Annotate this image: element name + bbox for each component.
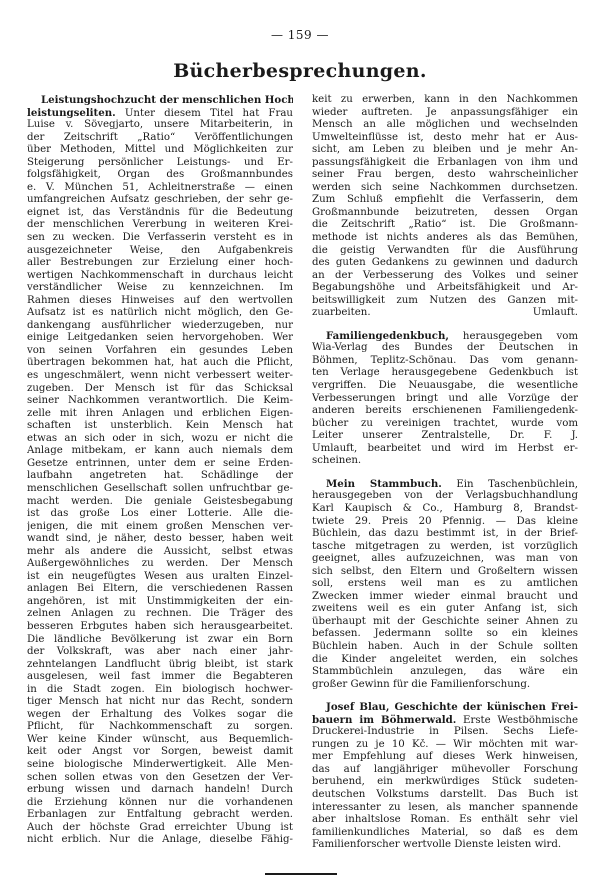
text-line: nicht erblich. Nur die Anlage, dieselbe … xyxy=(27,834,293,847)
text-line: ten Verlage herausgegebene Gedenkbuch is… xyxy=(312,367,578,380)
text-line: Pflicht, für Nachkommenschaft zu sorgen. xyxy=(27,721,293,734)
body-text: Karl Kaupisch & Co., Hamburg 8, Brandst- xyxy=(312,503,578,514)
text-line: menschlichen Gesellschaft sollen unfruch… xyxy=(27,483,293,496)
text-line: zehntelangen Landflucht übrig bleibt, is… xyxy=(27,659,293,672)
text-line: familienkundliches Material, so daß es d… xyxy=(312,827,578,840)
body-text: verständlicher Weise zu kennzeichnen. Im xyxy=(27,282,293,293)
body-text: e. V. München 51, Achleitnerstraße — ein… xyxy=(27,182,293,193)
text-line: methode ist nichts anderes als das Bemüh… xyxy=(312,232,578,245)
text-line: Verbesserungen bringt und alle Vorzüge d… xyxy=(312,393,578,406)
text-line: bücher zu vereinigen trachtet, wurde vom xyxy=(312,418,578,431)
body-text: Erbanlagen zur Entfaltung gebracht werde… xyxy=(27,809,293,820)
text-line: twiete 29. Preis 20 Pfennig. — Das klein… xyxy=(312,516,578,529)
text-line: schaften ist unsterblich. Kein Mensch ha… xyxy=(27,420,293,433)
body-text: tiger Mensch hat nicht nur das Recht, so… xyxy=(27,696,293,707)
review-heading: Mein Stammbuch. xyxy=(326,478,442,490)
text-line: zweitens weil es ein guter Anfang ist, s… xyxy=(312,603,578,616)
text-line: die Erziehung können nur die vorhandenen xyxy=(27,797,293,810)
body-text: Leiter unserer Zentralstelle, Dr. F. J. xyxy=(312,430,578,441)
text-line: des guten Gedankens zu gewinnen und dadu… xyxy=(312,257,578,270)
body-text: an der Verbesserung des Volkes und seine… xyxy=(312,270,578,281)
review-block: Familiengedenkbuch, herausgegeben vomWia… xyxy=(312,330,578,468)
text-line: ist ein neugefügtes Wesen aus uralten Ei… xyxy=(27,571,293,584)
body-text: rungen zu je 10 Kč. — Wir möchten mit wa… xyxy=(312,739,578,750)
body-text: ausgelesen, weil fast immer die Begabter… xyxy=(27,671,293,682)
text-line: Gesetze entrinnen, unter dem er seine Er… xyxy=(27,458,293,471)
text-line: herausgegeben von der Verlagsbuchhandlun… xyxy=(312,490,578,503)
text-line: sich selbst, den Eltern und Großeltern w… xyxy=(312,566,578,579)
text-line: zuarbeiten.Umlauft. xyxy=(312,307,578,320)
body-text: Auch der höchste Grad erreichter Übung i… xyxy=(27,822,293,833)
text-line: passungsfähigkeit die Erbanlagen von ihm… xyxy=(312,157,578,170)
text-line: Leiter unserer Zentralstelle, Dr. F. J. xyxy=(312,430,578,443)
body-text: mehr als andere die Aussicht, selbst etw… xyxy=(27,546,293,557)
text-line: beitswilligkeit zum Nutzen des Ganzen mi… xyxy=(312,295,578,308)
body-text: anderen bereits erschienenen Familienged… xyxy=(312,405,578,416)
body-text: menschlichen Gesellschaft sollen unfruch… xyxy=(27,483,293,494)
body-text: geeignet, alles aufzuzeichnen, was man v… xyxy=(312,553,578,564)
body-text: macht werden. Die geniale Geistesbegabun… xyxy=(27,496,293,507)
body-text: Druckerei-Industrie in Pilsen. Sechs Lie… xyxy=(312,726,578,737)
section-title: Bücherbesprechungen. xyxy=(0,60,600,82)
body-text: aber inhaltslose Roman. Es enthält sehr … xyxy=(312,814,578,825)
body-text: laufbahn angetreten hat. Schädlinge der xyxy=(27,470,293,481)
body-text: Umlauft, bearbeitet und wird im Herbst e… xyxy=(312,443,578,454)
body-text: Wer keine Kinder wünscht, aus Bequemlich… xyxy=(27,734,293,745)
text-line: angehören, ist mit Unstimmigkeiten der e… xyxy=(27,596,293,609)
text-line: Zum Schluß empfiehlt die Verfasserin, de… xyxy=(312,194,578,207)
text-line: tasche mitgetragen zu werden, ist vorzüg… xyxy=(312,541,578,554)
body-text: Büchlein, das dazu bestimmt ist, in der … xyxy=(312,528,578,539)
body-text: Pflicht, für Nachkommenschaft zu sorgen. xyxy=(27,721,293,732)
text-line: die Kinder angeleitet werden, ein solche… xyxy=(312,654,578,667)
body-text: befassen. Jedermann sollte so ein kleine… xyxy=(312,628,578,639)
body-text: schen sollen etwas von den Gesetzen der … xyxy=(27,772,293,783)
body-text: ausgezeichneter Weise, den Aufgabenkreis xyxy=(27,245,293,256)
body-text: Außergewöhnliches zu werden. Der Mensch xyxy=(27,558,293,569)
review-heading: Josef Blau, Geschichte der künischen Fre… xyxy=(326,701,578,713)
text-line: Großmannbunde beizutreten, dessen Organ xyxy=(312,207,578,220)
text-line: Karl Kaupisch & Co., Hamburg 8, Brandst- xyxy=(312,503,578,516)
text-line: aller Bestrebungen zur Erzielung einer h… xyxy=(27,257,293,270)
text-line: der menschlichen Vererbung in weiteren K… xyxy=(27,219,293,232)
body-text: Luise v. Sövegjarto, unsere Mitarbeiteri… xyxy=(27,119,293,130)
text-line: mer Empfehlung auf dieses Werk hinweisen… xyxy=(312,751,578,764)
text-line: besseren Erbgutes haben sich herausgearb… xyxy=(27,621,293,634)
text-line: großer Gewinn für die Familienforschung. xyxy=(312,679,578,692)
body-text: scheinen. xyxy=(312,455,361,466)
text-line: deutschen Volkstums darstellt. Das Buch … xyxy=(312,789,578,802)
text-line: Josef Blau, Geschichte der künischen Fre… xyxy=(312,701,578,714)
text-line: zelle mit ihren Anlagen und erblichen Ei… xyxy=(27,408,293,421)
body-text: soll, erstens weil man es zu amtlichen xyxy=(312,578,578,589)
text-line: Familiengedenkbuch, herausgegeben vom xyxy=(312,330,578,343)
body-text: folgsfähigkeit, Organ des Großmannbundes xyxy=(27,169,293,180)
body-text: zehntelangen Landflucht übrig bleibt, is… xyxy=(27,659,293,670)
body-text: Aufsatz ist es natürlich nicht möglich, … xyxy=(27,307,293,318)
text-line: übertragen bekommen hat, hat auch die Pf… xyxy=(27,357,293,370)
body-text: keit zu erwerben, kann in den Nachkommen xyxy=(312,94,578,105)
end-rule-divider xyxy=(265,873,337,875)
body-text: wieder auftreten. Je anpassungsfähiger e… xyxy=(312,107,578,118)
text-line: seiner Nachkommen verantwortlich. Die Ke… xyxy=(27,395,293,408)
text-line: wertigen Nachkommenschaft in durchaus le… xyxy=(27,270,293,283)
body-text: ist ein neugefügtes Wesen aus uralten Ei… xyxy=(27,571,293,582)
text-line: geeignet, alles aufzuzeichnen, was man v… xyxy=(312,553,578,566)
body-text: die Kinder angeleitet werden, ein solche… xyxy=(312,654,578,665)
body-text: Großmannbunde beizutreten, dessen Organ xyxy=(312,207,578,218)
text-line: etwas an sich oder in sich, wozu er nich… xyxy=(27,433,293,446)
text-line: einige Leitgedanken seien hervorgehoben.… xyxy=(27,332,293,345)
text-line: die Zeitschrift „Ratio“ ist. Die Großman… xyxy=(312,219,578,232)
text-line: überhaupt mit der Geschichte seiner Ahne… xyxy=(312,616,578,629)
text-line: über Methoden, Mittel und Möglichkeiten … xyxy=(27,144,293,157)
text-line: erbung wissen und darnach handeln! Durch xyxy=(27,784,293,797)
body-text: über Methoden, Mittel und Möglichkeiten … xyxy=(27,144,293,155)
text-line: der Volkskraft, was aber nach einer jahr… xyxy=(27,646,293,659)
text-line: ausgelesen, weil fast immer die Begabter… xyxy=(27,671,293,684)
text-line: Luise v. Sövegjarto, unsere Mitarbeiteri… xyxy=(27,119,293,132)
text-line: Begabungshöhe und Arbeitsfähigkeit und A… xyxy=(312,282,578,295)
body-text: Steigerung persönlicher Leistungs- und E… xyxy=(27,157,293,168)
body-text: interessanter zu lesen, als mancher span… xyxy=(312,802,578,813)
text-line: sicht, am Leben zu bleiben und je mehr A… xyxy=(312,144,578,157)
text-line: wegen der Erhaltung des Volkes sogar die xyxy=(27,709,293,722)
body-text: Familienforscher wertvolle Dienste leist… xyxy=(312,839,561,850)
text-line: Wia-Verlag des Bundes der Deutschen in xyxy=(312,342,578,355)
body-text: beitswilligkeit zum Nutzen des Ganzen mi… xyxy=(312,295,578,306)
text-line: soll, erstens weil man es zu amtlichen xyxy=(312,578,578,591)
body-text: wegen der Erhaltung des Volkes sogar die xyxy=(27,709,293,720)
body-text: die geistig Verwandten für die Ausführun… xyxy=(312,245,578,256)
body-text: überhaupt mit der Geschichte seiner Ahne… xyxy=(312,616,578,627)
body-text: Begabungshöhe und Arbeitsfähigkeit und A… xyxy=(312,282,578,293)
text-line: zugeben. Der Mensch ist für das Schicksa… xyxy=(27,383,293,396)
body-text: sicht, am Leben zu bleiben und je mehr A… xyxy=(312,144,578,155)
page-number: — 159 — xyxy=(0,28,600,42)
text-line: Leistungshochzucht der menschlichen Hoch… xyxy=(27,94,293,107)
body-text: zugeben. Der Mensch ist für das Schicksa… xyxy=(27,383,293,394)
text-line: Mensch an alle möglichen und wechselnden xyxy=(312,119,578,132)
text-line: Mein Stammbuch. Ein Taschenbüchlein, xyxy=(312,478,578,491)
body-text: twiete 29. Preis 20 Pfennig. — Das klein… xyxy=(312,516,578,527)
body-text: großer Gewinn für die Familienforschung. xyxy=(312,679,530,690)
text-line: eignet ist, das Verständnis für die Bede… xyxy=(27,207,293,220)
text-line: Außergewöhnliches zu werden. Der Mensch xyxy=(27,558,293,571)
paragraph-gap xyxy=(312,468,578,478)
text-line: Druckerei-Industrie in Pilsen. Sechs Lie… xyxy=(312,726,578,739)
text-line: aber inhaltslose Roman. Es enthält sehr … xyxy=(312,814,578,827)
text-line: in die Stadt zogen. Ein biologisch hochw… xyxy=(27,684,293,697)
body-text: wertigen Nachkommenschaft in durchaus le… xyxy=(27,270,293,281)
text-line: rungen zu je 10 Kč. — Wir möchten mit wa… xyxy=(312,739,578,752)
body-text: passungsfähigkeit die Erbanlagen von ihm… xyxy=(312,157,578,168)
text-line: an der Verbesserung des Volkes und seine… xyxy=(312,270,578,283)
body-text: zuarbeiten. xyxy=(312,307,371,318)
text-line: schen sollen etwas von den Gesetzen der … xyxy=(27,772,293,785)
body-text: des guten Gedankens zu gewinnen und dadu… xyxy=(312,257,578,268)
body-text: etwas an sich oder in sich, wozu er nich… xyxy=(27,433,293,444)
text-line: Büchlein, das dazu bestimmt ist, in der … xyxy=(312,528,578,541)
body-text: Umwelteinflüsse ist, desto mehr hat er A… xyxy=(312,132,578,143)
body-text: mer Empfehlung auf dieses Werk hinweisen… xyxy=(312,751,578,762)
body-text: übertragen bekommen hat, hat auch die Pf… xyxy=(27,357,293,368)
text-line: e. V. München 51, Achleitnerstraße — ein… xyxy=(27,182,293,195)
text-line: macht werden. Die geniale Geistesbegabun… xyxy=(27,496,293,509)
body-text: werden sich seine Nachkommen durchsetzen… xyxy=(312,182,578,193)
text-line: bauern im Böhmerwald. Erste Westböhmisch… xyxy=(312,714,578,727)
text-line: sen zu wecken. Die Verfasserin versteht … xyxy=(27,232,293,245)
text-line: seiner Frau bergen, desto wahrscheinlich… xyxy=(312,169,578,182)
body-text: methode ist nichts anderes als das Bemüh… xyxy=(312,232,578,243)
body-text: anlagen Bei Eltern, die verschiedenen Ra… xyxy=(27,583,293,594)
body-text: aller Bestrebungen zur Erzielung einer h… xyxy=(27,257,293,268)
body-text: zelnen Anlagen zu rechnen. Die Träger de… xyxy=(27,608,293,619)
body-text: Verbesserungen bringt und alle Vorzüge d… xyxy=(312,393,578,404)
body-text: keit oder Angst vor Sorgen, beweist dami… xyxy=(27,746,293,757)
paragraph-gap xyxy=(312,691,578,701)
body-text: wandt sind, je näher, desto besser, habe… xyxy=(27,533,293,544)
body-text: Wia-Verlag des Bundes der Deutschen in xyxy=(312,342,578,353)
text-line: interessanter zu lesen, als mancher span… xyxy=(312,802,578,815)
text-line: Steigerung persönlicher Leistungs- und E… xyxy=(27,157,293,170)
body-text: seine biologische Minderwertigkeit. Alle… xyxy=(27,759,293,770)
left-column: Leistungshochzucht der menschlichen Hoch… xyxy=(27,94,293,847)
text-line: Erbanlagen zur Entfaltung gebracht werde… xyxy=(27,809,293,822)
body-text: schaften ist unsterblich. Kein Mensch ha… xyxy=(27,420,293,431)
text-line: Stammbüchlein anzulegen, das wäre ein xyxy=(312,666,578,679)
body-text: deutschen Volkstums darstellt. Das Buch … xyxy=(312,789,578,800)
right-column: keit zu erwerben, kann in den Nachkommen… xyxy=(312,94,578,852)
text-line: beruhend, ein merkwürdiges Stück sudeten… xyxy=(312,776,578,789)
review-block: keit zu erwerben, kann in den Nachkommen… xyxy=(312,94,578,320)
text-line: tiger Mensch hat nicht nur das Recht, so… xyxy=(27,696,293,709)
body-text: umfangreichen Aufsatz geschrieben, der s… xyxy=(27,194,293,205)
body-text: jenigen, die mit einem großen Menschen v… xyxy=(27,521,293,532)
body-text: das auf langjähriger mühevoller Forschun… xyxy=(312,764,578,775)
body-text: eignet ist, das Verständnis für die Bede… xyxy=(27,207,293,218)
body-text: herausgegeben vom xyxy=(449,331,578,342)
body-text: Büchlein haben. Auch in der Schule sollt… xyxy=(312,641,578,652)
text-line: seine biologische Minderwertigkeit. Alle… xyxy=(27,759,293,772)
body-text: Böhmen, Teplitz-Schönau. Das vom genann- xyxy=(312,355,578,366)
body-text: sich selbst, den Eltern und Großeltern w… xyxy=(312,566,578,577)
text-line: Anlage mitbekam, er kann auch niemals de… xyxy=(27,445,293,458)
body-text: Unter diesem Titel hat Frau xyxy=(116,108,293,119)
text-line: Büchlein haben. Auch in der Schule sollt… xyxy=(312,641,578,654)
text-line: es ungeschmälert, wenn nicht verbessert … xyxy=(27,370,293,383)
text-line: Umwelteinflüsse ist, desto mehr hat er A… xyxy=(312,132,578,145)
body-text: die Zeitschrift „Ratio“ ist. Die Großman… xyxy=(312,219,578,230)
text-line: befassen. Jedermann sollte so ein kleine… xyxy=(312,628,578,641)
body-text: bücher zu vereinigen trachtet, wurde vom xyxy=(312,418,578,429)
body-text: erbung wissen und darnach handeln! Durch xyxy=(27,784,293,795)
body-text: ten Verlage herausgegebene Gedenkbuch is… xyxy=(312,367,578,378)
body-text: seiner Frau bergen, desto wahrscheinlich… xyxy=(312,169,578,180)
body-text: nicht erblich. Nur die Anlage, dieselbe … xyxy=(27,834,293,845)
body-text: angehören, ist mit Unstimmigkeiten der e… xyxy=(27,596,293,607)
text-line: Die ländliche Bevölkerung ist zwar ein B… xyxy=(27,634,293,647)
body-text: Ein Taschenbüchlein, xyxy=(442,479,578,490)
text-line: mehr als andere die Aussicht, selbst etw… xyxy=(27,546,293,559)
text-line: scheinen. xyxy=(312,455,578,468)
text-line: wieder auftreten. Je anpassungsfähiger e… xyxy=(312,107,578,120)
body-text: Erste Westböhmische xyxy=(456,715,578,726)
text-line: vergriffen. Die Neuausgabe, die wesentli… xyxy=(312,380,578,393)
body-text: der Zeitschrift „Ratio“ Veröffentlichung… xyxy=(27,132,293,143)
body-text: Mensch an alle möglichen und wechselnden xyxy=(312,119,578,130)
body-text: tasche mitgetragen zu werden, ist vorzüg… xyxy=(312,541,578,552)
text-line: anlagen Bei Eltern, die verschiedenen Ra… xyxy=(27,583,293,596)
body-text: der menschlichen Vererbung in weiteren K… xyxy=(27,219,293,230)
text-line: Böhmen, Teplitz-Schönau. Das vom genann- xyxy=(312,355,578,368)
text-line: Auch der höchste Grad erreichter Übung i… xyxy=(27,822,293,835)
body-text: dankengang ausführlicher wiederzugeben, … xyxy=(27,320,293,331)
body-text: in die Stadt zogen. Ein biologisch hochw… xyxy=(27,684,293,695)
body-text: es ungeschmälert, wenn nicht verbessert … xyxy=(27,370,293,381)
text-line: dankengang ausführlicher wiederzugeben, … xyxy=(27,320,293,333)
text-line: Familienforscher wertvolle Dienste leist… xyxy=(312,839,578,852)
text-line: ist das große Los einer Lotterie. Alle d… xyxy=(27,508,293,521)
body-text: Die ländliche Bevölkerung ist zwar ein B… xyxy=(27,634,293,645)
body-text: Stammbüchlein anzulegen, das wäre ein xyxy=(312,666,578,677)
text-line: zelnen Anlagen zu rechnen. Die Träger de… xyxy=(27,608,293,621)
body-text: einige Leitgedanken seien hervorgehoben.… xyxy=(27,332,293,343)
text-line: leistungseliten. Unter diesem Titel hat … xyxy=(27,107,293,120)
text-line: laufbahn angetreten hat. Schädlinge der xyxy=(27,470,293,483)
body-text: die Erziehung können nur die vorhandenen xyxy=(27,797,293,808)
body-text: seiner Nachkommen verantwortlich. Die Ke… xyxy=(27,395,293,406)
review-heading: Familiengedenkbuch, xyxy=(326,330,449,342)
body-text: zweitens weil es ein guter Anfang ist, s… xyxy=(312,603,578,614)
body-text: Anlage mitbekam, er kann auch niemals de… xyxy=(27,445,293,456)
text-line: von seinen Vorfahren ein gesundes Leben xyxy=(27,345,293,358)
review-block: Josef Blau, Geschichte der künischen Fre… xyxy=(312,701,578,852)
body-text: besseren Erbgutes haben sich herausgearb… xyxy=(27,621,293,632)
review-heading: Leistungshochzucht der menschlichen Hoch… xyxy=(41,94,293,106)
body-text: herausgegeben von der Verlagsbuchhandlun… xyxy=(312,490,578,501)
text-line: ausgezeichneter Weise, den Aufgabenkreis xyxy=(27,245,293,258)
text-line: Zwecken immer wieder einmal braucht und xyxy=(312,591,578,604)
text-line: Rahmen dieses Hinweises auf den wertvoll… xyxy=(27,295,293,308)
body-text: vergriffen. Die Neuausgabe, die wesentli… xyxy=(312,380,578,391)
review-heading: leistungseliten. xyxy=(27,107,116,119)
body-text: der Volkskraft, was aber nach einer jahr… xyxy=(27,646,293,657)
body-text: Rahmen dieses Hinweises auf den wertvoll… xyxy=(27,295,293,306)
text-line: der Zeitschrift „Ratio“ Veröffentlichung… xyxy=(27,132,293,145)
body-text: Zum Schluß empfiehlt die Verfasserin, de… xyxy=(312,194,578,205)
text-line: wandt sind, je näher, desto besser, habe… xyxy=(27,533,293,546)
body-text: familienkundliches Material, so daß es d… xyxy=(312,827,578,838)
body-text: Gesetze entrinnen, unter dem er seine Er… xyxy=(27,458,293,469)
text-line: folgsfähigkeit, Organ des Großmannbundes xyxy=(27,169,293,182)
text-line: Aufsatz ist es natürlich nicht möglich, … xyxy=(27,307,293,320)
reviewer-signature: Umlauft. xyxy=(533,307,578,320)
paragraph-gap xyxy=(312,320,578,330)
text-line: verständlicher Weise zu kennzeichnen. Im xyxy=(27,282,293,295)
text-line: Wer keine Kinder wünscht, aus Bequemlich… xyxy=(27,734,293,747)
text-line: Umlauft, bearbeitet und wird im Herbst e… xyxy=(312,443,578,456)
text-line: jenigen, die mit einem großen Menschen v… xyxy=(27,521,293,534)
review-block: Mein Stammbuch. Ein Taschenbüchlein,hera… xyxy=(312,478,578,691)
body-text: ist das große Los einer Lotterie. Alle d… xyxy=(27,508,293,519)
body-text: beruhend, ein merkwürdiges Stück sudeten… xyxy=(312,776,578,787)
text-line: das auf langjähriger mühevoller Forschun… xyxy=(312,764,578,777)
review-heading: bauern im Böhmerwald. xyxy=(312,714,456,726)
text-line: keit oder Angst vor Sorgen, beweist dami… xyxy=(27,746,293,759)
body-text: zelle mit ihren Anlagen und erblichen Ei… xyxy=(27,408,293,419)
text-line: werden sich seine Nachkommen durchsetzen… xyxy=(312,182,578,195)
body-text: von seinen Vorfahren ein gesundes Leben xyxy=(27,345,293,356)
body-text: Zwecken immer wieder einmal braucht und xyxy=(312,591,578,602)
text-line: die geistig Verwandten für die Ausführun… xyxy=(312,245,578,258)
text-line: umfangreichen Aufsatz geschrieben, der s… xyxy=(27,194,293,207)
body-text: sen zu wecken. Die Verfasserin versteht … xyxy=(27,232,293,243)
text-line: keit zu erwerben, kann in den Nachkommen xyxy=(312,94,578,107)
text-line: anderen bereits erschienenen Familienged… xyxy=(312,405,578,418)
